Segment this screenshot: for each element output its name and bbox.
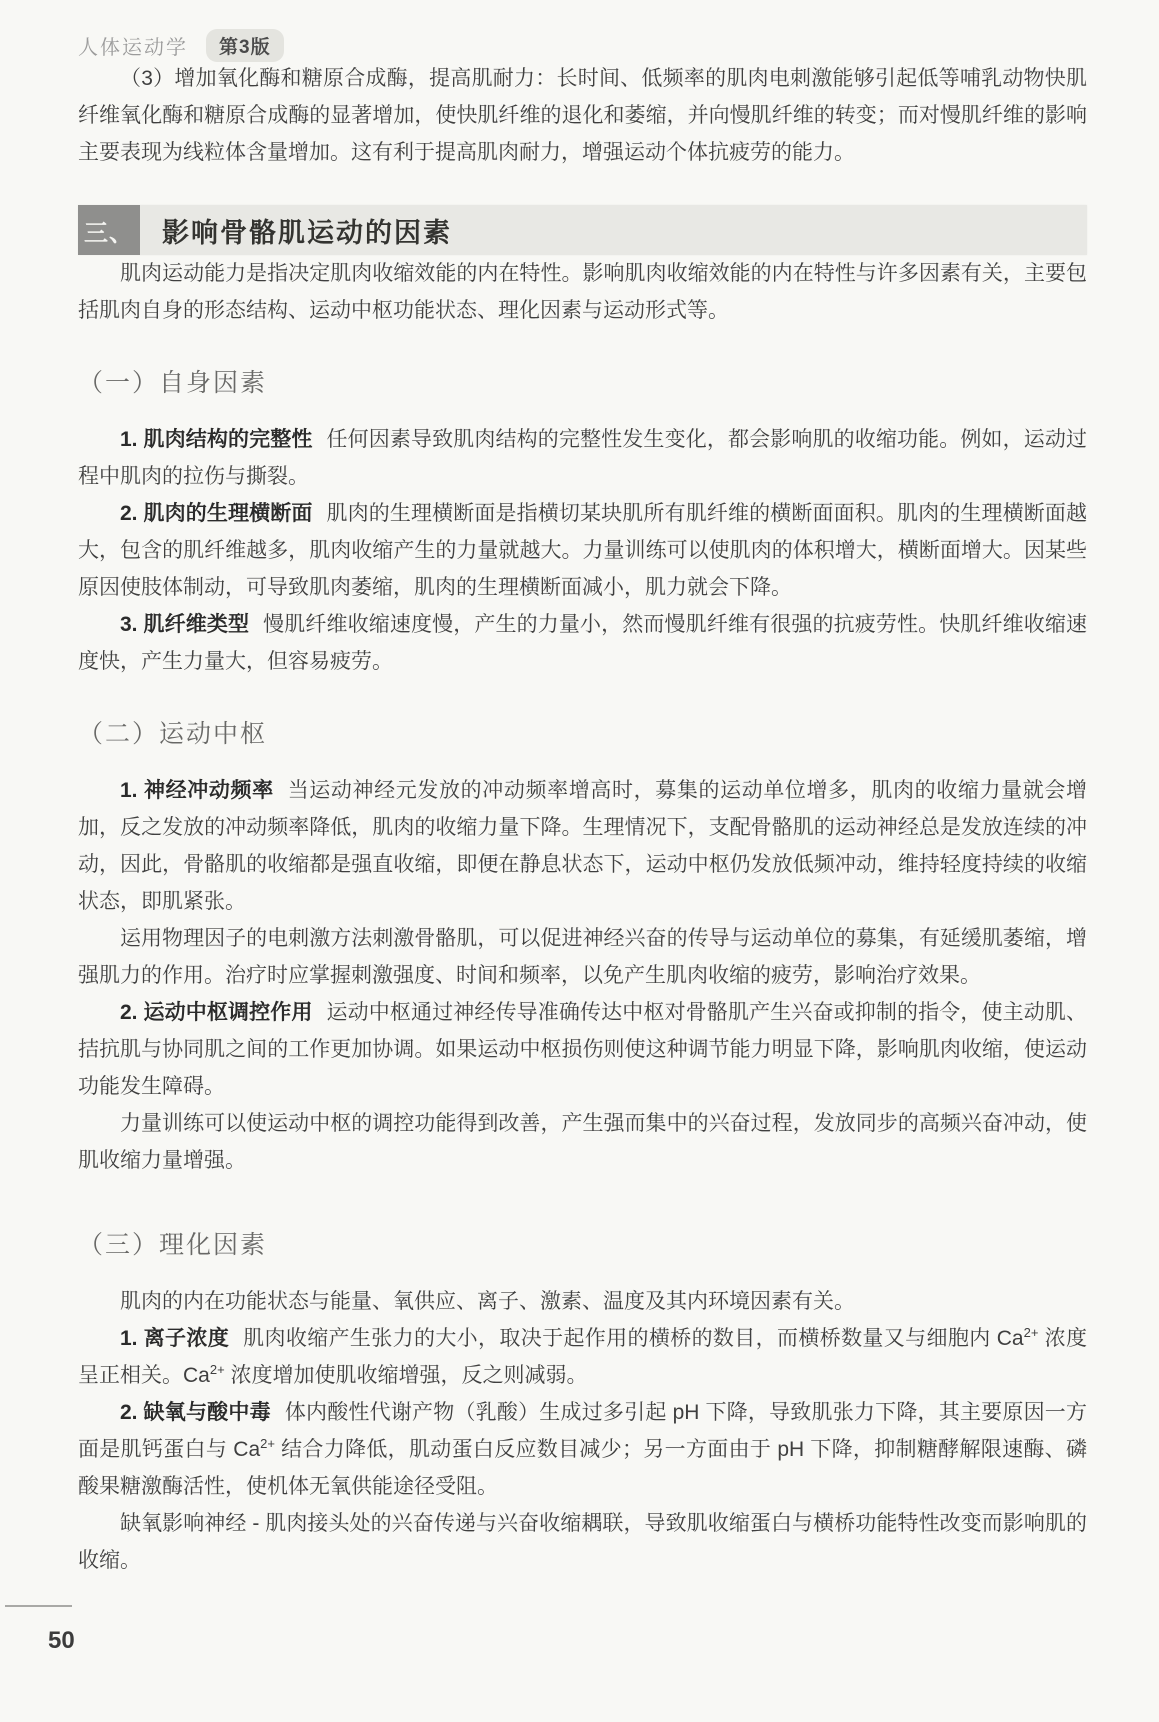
item-muscle-structure: 1. 肌肉结构的完整性任何因素导致肌肉结构的完整性发生变化，都会影响肌的收缩功能…: [78, 421, 1087, 495]
paragraph-oxidase: （3）增加氧化酶和糖原合成酶，提高肌耐力：长时间、低频率的肌肉电刺激能够引起低等…: [78, 60, 1087, 171]
item-body-part: 肌肉收缩产生张力的大小，取决于起作用的横桥的数目，而横桥数量又与细胞内 Ca: [243, 1327, 1023, 1350]
item-body-part: 浓度增加使肌收缩增强，反之则减弱。: [225, 1364, 588, 1387]
section-intro-paragraph: 肌肉运动能力是指决定肌肉收缩效能的内在特性。影响肌肉收缩效能的内在特性与许多因素…: [78, 255, 1087, 329]
item-head: 2. 肌肉的生理横断面: [120, 502, 313, 525]
paragraph-electrical-stimulation: 运用物理因子的电刺激方法刺激骨骼肌，可以促进神经兴奋的传导与运动单位的募集，有延…: [78, 920, 1087, 994]
subsection-heading-physicochemical: （三）理化因素: [78, 1225, 1087, 1261]
item-head: 2. 运动中枢调控作用: [120, 1001, 313, 1024]
paragraph-hypoxia-effect: 缺氧影响神经 - 肌肉接头处的兴奋传递与兴奋收缩耦联，导致肌收缩蛋白与横桥功能特…: [78, 1505, 1087, 1579]
item-head: 2. 缺氧与酸中毒: [120, 1401, 271, 1424]
item-hypoxia-acidosis: 2. 缺氧与酸中毒体内酸性代谢产物（乳酸）生成过多引起 pH 下降，导致肌张力下…: [78, 1394, 1087, 1505]
ca-superscript: 2+: [260, 1436, 275, 1451]
item-ion-concentration: 1. 离子浓度肌肉收缩产生张力的大小，取决于起作用的横桥的数目，而横桥数量又与细…: [78, 1320, 1087, 1394]
subsection-heading-motor-center: （二）运动中枢: [78, 714, 1087, 750]
item-head: 3. 肌纤维类型: [120, 613, 249, 636]
item-motor-center-regulation: 2. 运动中枢调控作用运动中枢通过神经传导准确传达中枢对骨骼肌产生兴奋或抑制的指…: [78, 994, 1087, 1105]
item-impulse-frequency: 1. 神经冲动频率当运动神经元发放的冲动频率增高时，募集的运动单位增多，肌肉的收…: [78, 772, 1087, 920]
page-header: 人体运动学 第3版: [78, 30, 1087, 60]
item-cross-section: 2. 肌肉的生理横断面肌肉的生理横断面是指横切某块肌所有肌纤维的横断面面积。肌肉…: [78, 495, 1087, 606]
ca-superscript: 2+: [210, 1362, 225, 1377]
section-title: 影响骨骼肌运动的因素: [140, 205, 452, 255]
footer-rule: [5, 1605, 72, 1607]
page-number: 50: [48, 1627, 75, 1655]
section-number: 三、: [78, 205, 140, 255]
item-fiber-type: 3. 肌纤维类型慢肌纤维收缩速度慢，产生的力量小，然而慢肌纤维有很强的抗疲劳性。…: [78, 606, 1087, 680]
edition-badge: 第3版: [206, 29, 284, 62]
book-title: 人体运动学: [78, 31, 188, 60]
paragraph-internal-state: 肌肉的内在功能状态与能量、氧供应、离子、激素、温度及其内环境因素有关。: [78, 1283, 1087, 1320]
paragraph-strength-training: 力量训练可以使运动中枢的调控功能得到改善，产生强而集中的兴奋过程，发放同步的高频…: [78, 1105, 1087, 1179]
ca-superscript: 2+: [1024, 1325, 1039, 1340]
item-head: 1. 肌肉结构的完整性: [120, 428, 313, 451]
page-footer: 50: [5, 1605, 75, 1655]
section-heading-band: 三、 影响骨骼肌运动的因素: [78, 205, 1087, 255]
item-head: 1. 离子浓度: [120, 1327, 229, 1350]
textbook-page: 人体运动学 第3版 （3）增加氧化酶和糖原合成酶，提高肌耐力：长时间、低频率的肌…: [0, 0, 1159, 1722]
item-head: 1. 神经冲动频率: [120, 779, 274, 802]
subsection-heading-self-factors: （一）自身因素: [78, 363, 1087, 399]
